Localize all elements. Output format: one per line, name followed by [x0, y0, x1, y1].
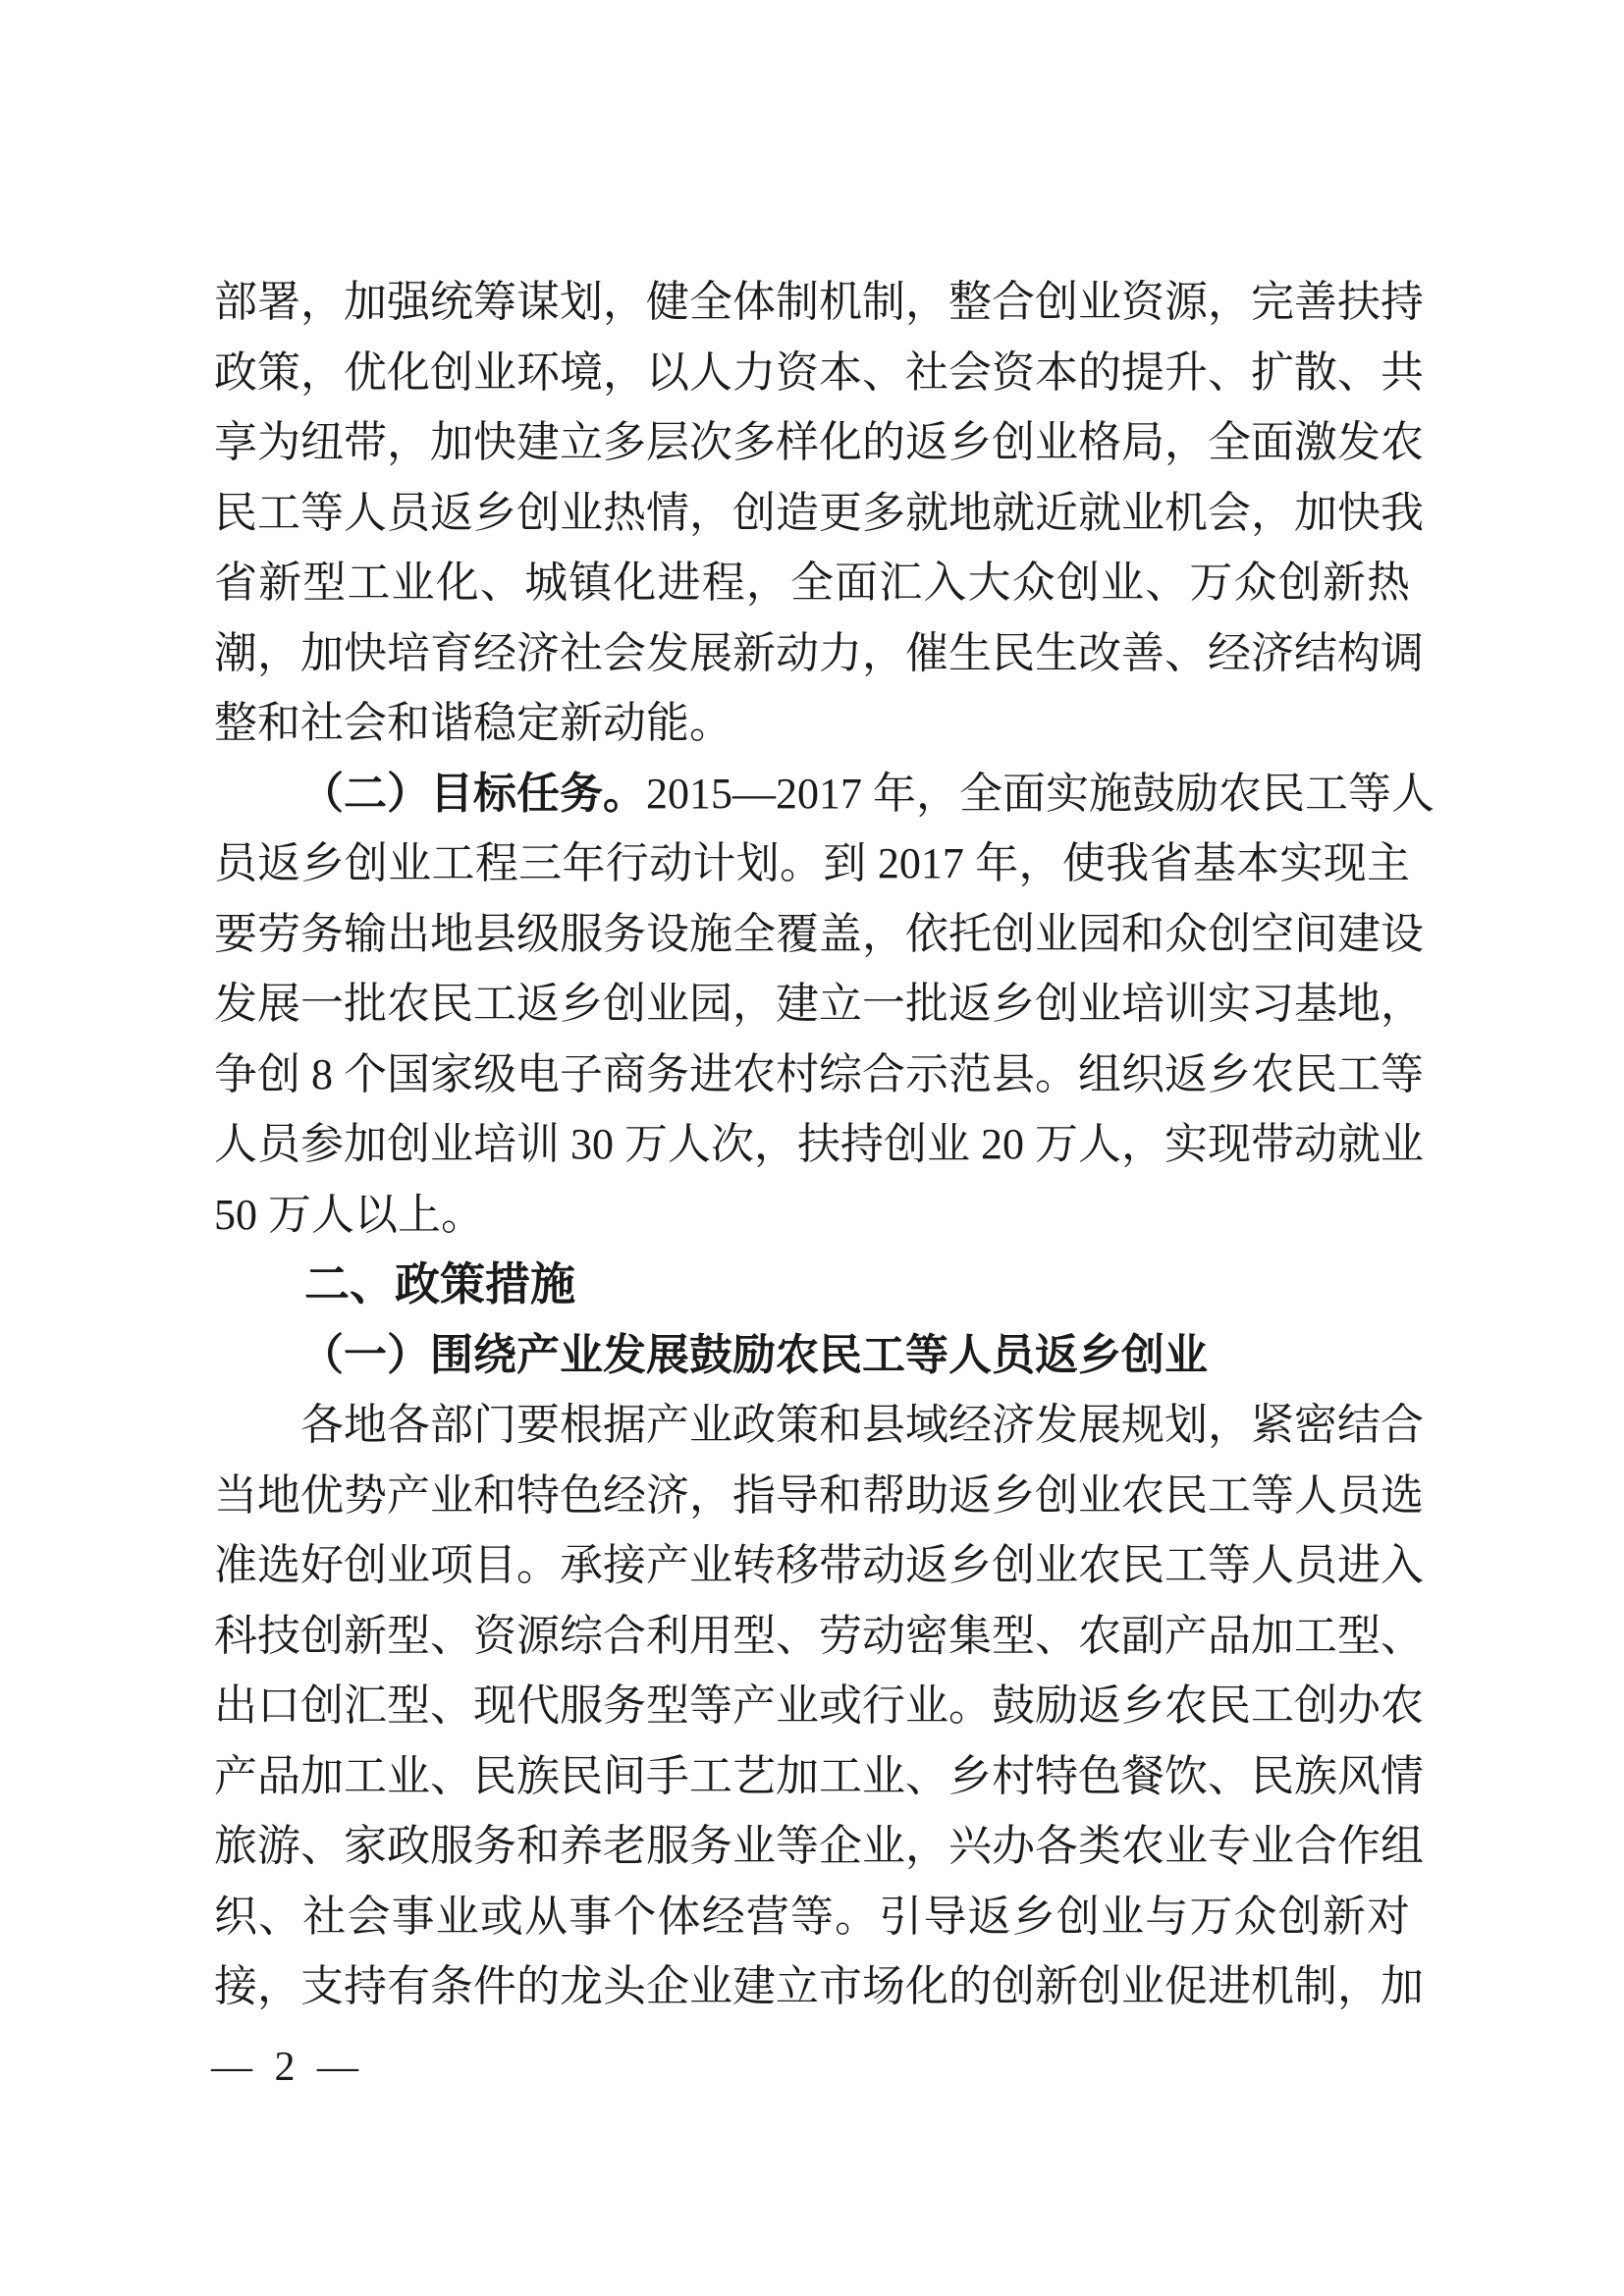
text-line: 享为纽带，加快建立多层次多样化的返乡创业格局，全面激发农: [214, 407, 1410, 478]
text-line: 旅游、家政服务和养老服务业等企业，兴办各类农业专业合作组: [214, 1811, 1410, 1882]
text-line: 出口创汇型、现代服务型等产业或行业。鼓励返乡农民工创办农: [214, 1671, 1410, 1741]
document-body: 部署，加强统筹谋划，健全体制机制，整合创业资源，完善扶持政策，优化创业环境，以人…: [214, 267, 1410, 2022]
text-run: 出口创汇型、现代服务型等产业或行业。鼓励返乡农民工创办农: [214, 1682, 1424, 1730]
bold-text-run: （二）目标任务。: [300, 770, 646, 818]
text-line: 省新型工业化、城镇化进程，全面汇入大众创业、万众创新热: [214, 548, 1410, 618]
heading1-line: 二、政策措施: [214, 1250, 1410, 1320]
text-line: 科技创新型、资源综合利用型、劳动密集型、农副产品加工型、: [214, 1601, 1410, 1672]
text-run: 准选好创业项目。承接产业转移带动返乡创业农民工等人员进入: [214, 1541, 1424, 1589]
text-run: 产品加工业、民族民间手工艺加工业、乡村特色餐饮、民族风情: [214, 1752, 1424, 1800]
text-run: 争创 8 个国家级电子商务进农村综合示范县。组织返乡农民工等: [214, 1050, 1424, 1098]
text-line: 争创 8 个国家级电子商务进农村综合示范县。组织返乡农民工等: [214, 1040, 1410, 1110]
text-line: 准选好创业项目。承接产业转移带动返乡创业农民工等人员进入: [214, 1530, 1410, 1601]
text-line: 当地优势产业和特色经济，指导和帮助返乡创业农民工等人员选: [214, 1461, 1410, 1531]
text-line: 民工等人员返乡创业热情，创造更多就地就近就业机会，加快我: [214, 478, 1410, 549]
text-run: 50 万人以上。: [214, 1191, 484, 1239]
text-run: 发展一批农民工返乡创业园，建立一批返乡创业培训实习基地，: [214, 980, 1424, 1028]
text-run: 享为纽带，加快建立多层次多样化的返乡创业格局，全面激发农: [214, 418, 1424, 466]
text-line: 要劳务输出地县级服务设施全覆盖，依托创业园和众创空间建设: [214, 899, 1410, 970]
text-line: 织、社会事业或从事个体经营等。引导返乡创业与万众创新对: [214, 1882, 1410, 1952]
text-run: 当地优势产业和特色经济，指导和帮助返乡创业农民工等人员选: [214, 1471, 1424, 1520]
document-page: 部署，加强统筹谋划，健全体制机制，整合创业资源，完善扶持政策，优化创业环境，以人…: [0, 0, 1624, 2296]
text-run: 科技创新型、资源综合利用型、劳动密集型、农副产品加工型、: [214, 1612, 1424, 1660]
text-run: 2015—2017 年，全面实施鼓励农民工等人: [646, 770, 1435, 818]
text-run: 政策，优化创业环境，以人力资本、社会资本的提升、扩散、共: [214, 348, 1424, 397]
text-line: （二）目标任务。2015—2017 年，全面实施鼓励农民工等人: [214, 759, 1410, 829]
bold-text-run: （一）围绕产业发展鼓励农民工等人员返乡创业: [300, 1331, 1208, 1379]
bold-text-run: 二、政策措施: [304, 1257, 575, 1310]
text-run: 省新型工业化、城镇化进程，全面汇入大众创业、万众创新热: [214, 559, 1410, 607]
text-line: 接，支持有条件的龙头企业建立市场化的创新创业促进机制，加: [214, 1951, 1410, 2022]
text-run: 要劳务输出地县级服务设施全覆盖，依托创业园和众创空间建设: [214, 910, 1424, 958]
text-run: 民工等人员返乡创业热情，创造更多就地就近就业机会，加快我: [214, 489, 1424, 537]
page-number: — 2 —: [211, 2040, 364, 2095]
text-line: 员返乡创业工程三年行动计划。到 2017 年，使我省基本实现主: [214, 828, 1410, 899]
text-line: 部署，加强统筹谋划，健全体制机制，整合创业资源，完善扶持: [214, 267, 1410, 338]
text-line: 50 万人以上。: [214, 1180, 1410, 1251]
text-run: 接，支持有条件的龙头企业建立市场化的创新创业促进机制，加: [214, 1962, 1424, 2010]
text-line: 政策，优化创业环境，以人力资本、社会资本的提升、扩散、共: [214, 338, 1410, 408]
text-line: 人员参加创业培训 30 万人次，扶持创业 20 万人，实现带动就业: [214, 1109, 1410, 1180]
text-run: 整和社会和谐稳定新动能。: [214, 699, 732, 747]
text-run: 各地各部门要根据产业政策和县域经济发展规划，紧密结合: [300, 1401, 1424, 1449]
text-line: 各地各部门要根据产业政策和县域经济发展规划，紧密结合: [214, 1390, 1410, 1461]
heading2-line: （一）围绕产业发展鼓励农民工等人员返乡创业: [214, 1320, 1410, 1391]
text-run: 潮，加快培育经济社会发展新动力，催生民生改善、经济结构调: [214, 629, 1424, 677]
text-line: 产品加工业、民族民间手工艺加工业、乡村特色餐饮、民族风情: [214, 1741, 1410, 1812]
text-run: 织、社会事业或从事个体经营等。引导返乡创业与万众创新对: [214, 1893, 1410, 1941]
text-run: 部署，加强统筹谋划，健全体制机制，整合创业资源，完善扶持: [214, 278, 1424, 326]
text-run: 旅游、家政服务和养老服务业等企业，兴办各类农业专业合作组: [214, 1822, 1424, 1870]
text-line: 发展一批农民工返乡创业园，建立一批返乡创业培训实习基地，: [214, 969, 1410, 1040]
text-line: 整和社会和谐稳定新动能。: [214, 688, 1410, 759]
text-line: 潮，加快培育经济社会发展新动力，催生民生改善、经济结构调: [214, 618, 1410, 689]
text-run: 人员参加创业培训 30 万人次，扶持创业 20 万人，实现带动就业: [214, 1120, 1424, 1168]
text-run: 员返乡创业工程三年行动计划。到 2017 年，使我省基本实现主: [214, 839, 1410, 887]
